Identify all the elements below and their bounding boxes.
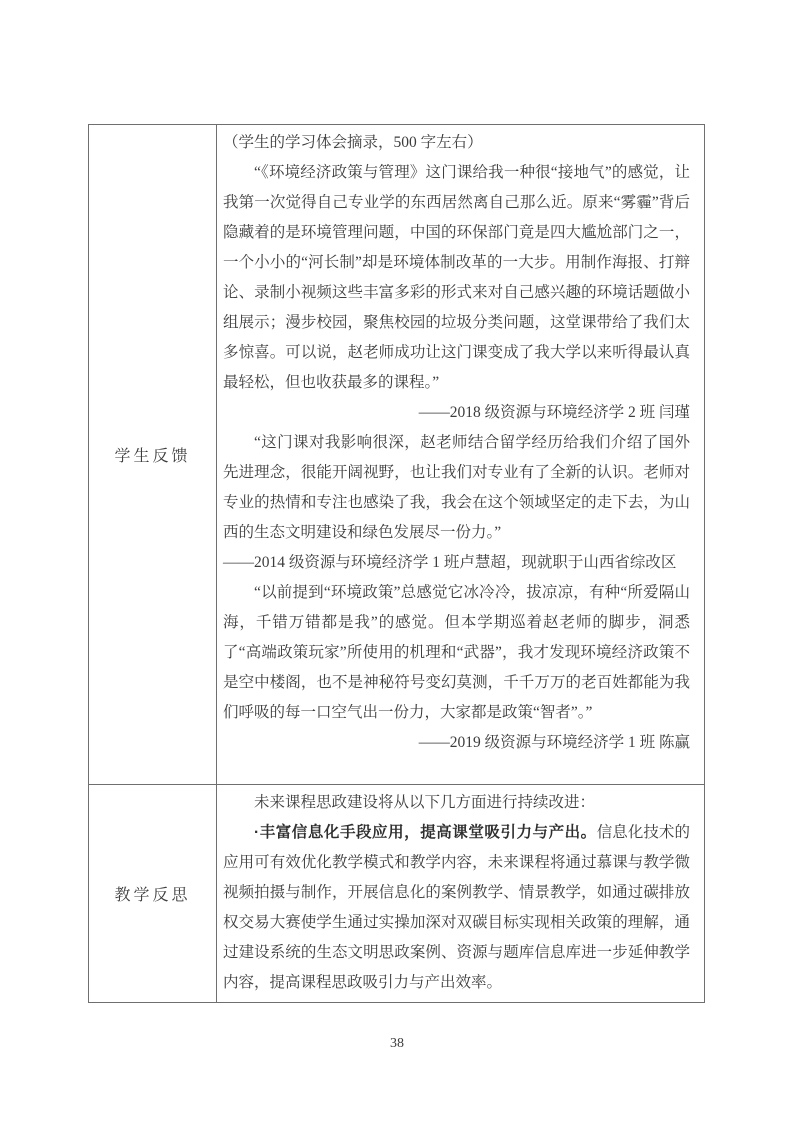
feedback-attribution-1: ——2018 级资源与环境经济学 2 班 闫瑾 — [223, 398, 690, 428]
feedback-attribution-3: ——2019 级资源与环境经济学 1 班 陈赢 — [223, 728, 690, 758]
reflection-bullet-body: 信息化技术的应用可有效优化教学模式和教学内容，未来课程将通过慕课与教学微视频拍摄… — [223, 824, 690, 991]
row-label-teaching-reflection: 教学反思 — [89, 785, 217, 1002]
student-feedback-content: （学生的学习体会摘录，500 字左右） “《环境经济政策与管理》这门课给我一种很… — [217, 125, 704, 784]
reflection-intro: 未来课程思政建设将从以下几方面进行持续改进： — [223, 788, 690, 818]
row-label-student-feedback: 学生反馈 — [89, 125, 217, 784]
page-number: 38 — [0, 1036, 794, 1052]
feedback-attribution-2: ——2014 级资源与环境经济学 1 班卢慧超，现就职于山西省综改区 — [223, 548, 690, 578]
teaching-reflection-content: 未来课程思政建设将从以下几方面进行持续改进： ·丰富信息化手段应用，提高课堂吸引… — [217, 785, 704, 1002]
reflection-bullet: ·丰富信息化手段应用，提高课堂吸引力与产出。信息化技术的应用可有效优化教学模式和… — [223, 818, 690, 998]
course-report-table: 学生反馈 （学生的学习体会摘录，500 字左右） “《环境经济政策与管理》这门课… — [88, 124, 705, 1003]
feedback-quote-3: “以前提到“环境政策”总感觉它冰冷冷，拔凉凉，有种“所爱隔山海，千错万错都是我”… — [223, 578, 690, 728]
document-page: 学生反馈 （学生的学习体会摘录，500 字左右） “《环境经济政策与管理》这门课… — [0, 0, 794, 1123]
table-row-teaching-reflection: 教学反思 未来课程思政建设将从以下几方面进行持续改进： ·丰富信息化手段应用，提… — [89, 785, 704, 1002]
table-row-student-feedback: 学生反馈 （学生的学习体会摘录，500 字左右） “《环境经济政策与管理》这门课… — [89, 125, 704, 785]
feedback-quote-1: “《环境经济政策与管理》这门课给我一种很“接地气”的感觉，让我第一次觉得自己专业… — [223, 158, 690, 398]
reflection-bullet-heading: ·丰富信息化手段应用，提高课堂吸引力与产出。 — [254, 824, 597, 841]
feedback-heading: （学生的学习体会摘录，500 字左右） — [223, 128, 690, 158]
feedback-quote-2: “这门课对我影响很深，赵老师结合留学经历给我们介绍了国外先进理念，很能开阔视野，… — [223, 428, 690, 548]
